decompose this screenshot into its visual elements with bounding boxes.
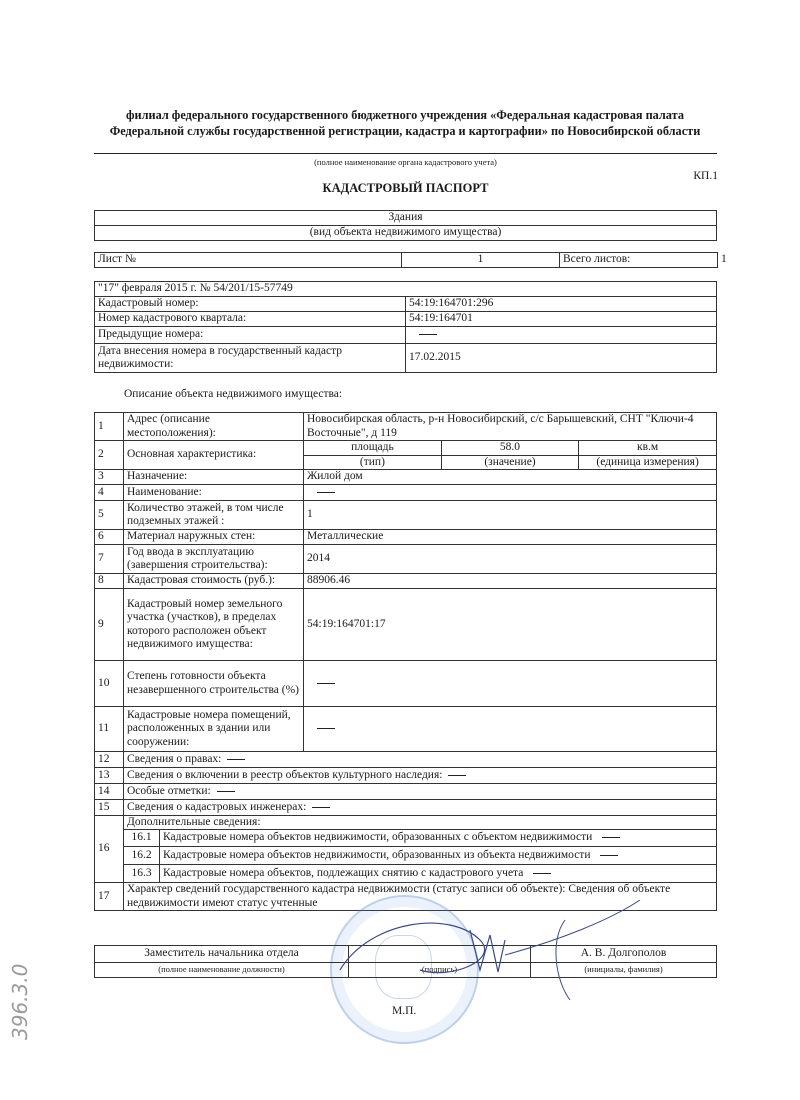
purpose-value: Жилой дом — [304, 470, 717, 485]
characteristic-grid: площадь 58.0 кв.м (тип) (значение) (един… — [304, 441, 716, 469]
dash-placeholder — [317, 728, 335, 729]
dash-placeholder — [419, 334, 437, 335]
cadastral-number: 54:19:164701:296 — [406, 297, 717, 312]
row-number: 1 — [95, 413, 124, 441]
dash-placeholder — [533, 873, 551, 874]
characteristic-value: 58.0 — [441, 441, 578, 455]
row-label: Материал наружных стен: — [124, 530, 304, 545]
row-label: Год ввода в эксплуатацию (завершения стр… — [124, 545, 304, 574]
document-title: КАДАСТРОВЫЙ ПАСПОРТ — [94, 181, 717, 196]
readiness-value — [304, 661, 717, 707]
subrow-number: 16.1 — [124, 830, 160, 847]
handwritten-note: 396.3.0 — [8, 964, 32, 1040]
row-number: 8 — [95, 574, 124, 589]
row-number: 9 — [95, 589, 124, 661]
subrow-number: 16.3 — [124, 865, 160, 883]
characteristic-unit: кв.м — [579, 441, 716, 455]
row-number: 10 — [95, 661, 124, 707]
row-label: Кадастровые номера помещений, расположен… — [124, 707, 304, 752]
info-label: Номер кадастрового квартала: — [95, 312, 406, 327]
subrow-label: Кадастровые номера объектов, подлежащих … — [163, 867, 523, 879]
subrow-text: Кадастровые номера объектов недвижимости… — [160, 830, 717, 847]
row-label: Назначение: — [124, 470, 304, 485]
dash-placeholder — [600, 855, 618, 856]
organization-name: филиал федерального государственного бюд… — [90, 107, 720, 139]
row-label: Количество этажей, в том числе подземных… — [124, 501, 304, 530]
row-number: 16 — [95, 816, 124, 883]
info-label: Предыдущие номера: — [95, 327, 406, 344]
sheet-label: Лист № — [95, 253, 402, 268]
sheet-number: 1 — [402, 253, 560, 268]
engineers-info: Сведения о кадастровых инженерах: — [124, 800, 717, 816]
premises-numbers-value — [304, 707, 717, 752]
subrow-label: Кадастровые номера объектов недвижимости… — [163, 831, 592, 843]
position-caption: (полное наименование должности) — [95, 963, 349, 978]
entry-date: 17.02.2015 — [406, 344, 717, 373]
row-number: 15 — [95, 800, 124, 816]
special-notes: Особые отметки: — [124, 784, 717, 800]
heritage-label: Сведения о включении в реестр объектов к… — [127, 769, 442, 781]
previous-numbers — [406, 327, 717, 344]
subrow-text: Кадастровые номера объектов, подлежащих … — [160, 865, 717, 883]
row-number: 4 — [95, 485, 124, 501]
unit-caption: (единица измерения) — [579, 455, 716, 469]
row-number: 6 — [95, 530, 124, 545]
row-number: 2 — [95, 441, 124, 470]
value-caption: (значение) — [441, 455, 578, 469]
dash-placeholder — [217, 791, 235, 792]
cadastral-quarter: 54:19:164701 — [406, 312, 717, 327]
special-notes-label: Особые отметки: — [127, 785, 211, 797]
cadastral-cost-value: 88906.46 — [304, 574, 717, 589]
dash-placeholder — [317, 492, 335, 493]
land-plot-number-value: 54:19:164701:17 — [304, 589, 717, 661]
row-label: Наименование: — [124, 485, 304, 501]
row-number: 14 — [95, 784, 124, 800]
commission-year-value: 2014 — [304, 545, 717, 574]
sheet-table: Лист № 1 Всего листов: 1 — [94, 252, 718, 268]
name-value — [304, 485, 717, 501]
object-kind-value: Здания — [95, 211, 717, 226]
dash-placeholder — [312, 807, 330, 808]
subrow-number: 16.2 — [124, 847, 160, 865]
row-number: 12 — [95, 752, 124, 768]
heritage-info: Сведения о включении в реестр объектов к… — [124, 768, 717, 784]
row-number: 7 — [95, 545, 124, 574]
issue-date-line: "17" февраля 2015 г. № 54/201/15-57749 — [95, 282, 717, 297]
main-characteristic: площадь 58.0 кв.м (тип) (значение) (един… — [304, 441, 717, 470]
engineers-label: Сведения о кадастровых инженерах: — [127, 801, 306, 813]
info-label: Дата внесения номера в государственный к… — [95, 344, 406, 373]
rights-label: Сведения о правах: — [127, 753, 221, 765]
dash-placeholder — [317, 683, 335, 684]
dash-placeholder — [602, 837, 620, 838]
cadastral-info-table: "17" февраля 2015 г. № 54/201/15-57749 К… — [94, 281, 717, 373]
total-sheets-label: Всего листов: — [560, 253, 718, 268]
organization-caption: (полное наименование органа кадастрового… — [94, 157, 717, 167]
handwritten-signature — [330, 900, 650, 1010]
additional-info: Дополнительные сведения: 16.1 Кадастровы… — [124, 816, 717, 883]
seal-place-label: М.П. — [392, 1005, 416, 1017]
row-label: Степень готовности объекта незавершенног… — [124, 661, 304, 707]
row-number: 13 — [95, 768, 124, 784]
description-caption: Описание объекта недвижимого имущества: — [124, 388, 342, 400]
row-number: 3 — [95, 470, 124, 485]
official-position: Заместитель начальника отдела — [95, 946, 349, 963]
dash-placeholder — [448, 775, 466, 776]
subrow-label: Кадастровые номера объектов недвижимости… — [163, 849, 590, 861]
row-number: 5 — [95, 501, 124, 530]
additional-info-label: Дополнительные сведения: — [124, 816, 716, 830]
row-label: Адрес (описание местоположения): — [124, 413, 304, 441]
characteristic-type: площадь — [304, 441, 441, 455]
info-label: Кадастровый номер: — [95, 297, 406, 312]
row-label: Кадастровый номер земельного участка (уч… — [124, 589, 304, 661]
type-caption: (тип) — [304, 455, 441, 469]
row-number: 11 — [95, 707, 124, 752]
additional-info-subrows: 16.1 Кадастровые номера объектов недвижи… — [124, 830, 716, 882]
organization-rule — [94, 153, 717, 154]
rights-info: Сведения о правах: — [124, 752, 717, 768]
address-value: Новосибирская область, р-н Новосибирский… — [304, 413, 717, 441]
object-kind-table: Здания (вид объекта недвижимого имуществ… — [94, 210, 717, 241]
description-table: 1 Адрес (описание местоположения): Новос… — [94, 412, 717, 911]
object-kind-caption: (вид объекта недвижимого имущества) — [95, 226, 717, 241]
wall-material-value: Металлические — [304, 530, 717, 545]
row-label: Кадастровая стоимость (руб.): — [124, 574, 304, 589]
floors-value: 1 — [304, 501, 717, 530]
dash-placeholder — [227, 759, 245, 760]
row-label: Основная характеристика: — [124, 441, 304, 470]
row-number: 17 — [95, 883, 124, 911]
subrow-text: Кадастровые номера объектов недвижимости… — [160, 847, 717, 865]
